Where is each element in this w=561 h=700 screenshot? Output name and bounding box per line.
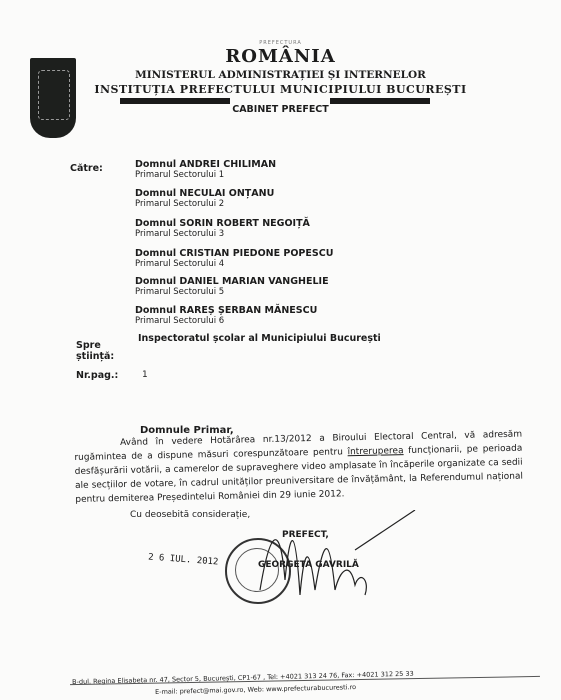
underlined-word: întreruperea — [347, 446, 403, 457]
letter-body: Având în vedere Hotărârea nr.13/2012 a B… — [74, 428, 523, 507]
recipient-item: Domnul RAREȘ ȘERBAN MĂNESCU Primarul Sec… — [135, 305, 317, 326]
pages-label: Nr.pag.: — [76, 370, 118, 381]
recipients-label: Către: — [70, 163, 103, 174]
recipient-role: Primarul Sectorului 3 — [135, 229, 310, 239]
recipient-role: Primarul Sectorului 1 — [135, 170, 276, 180]
footer-contact: E-mail: prefect@mai.gov.ro, Web: www.pre… — [155, 683, 356, 696]
recipient-item: Domnul ANDREI CHILIMAN Primarul Sectorul… — [135, 159, 276, 180]
recipient-item: Domnul SORIN ROBERT NEGOIȚĂ Primarul Sec… — [135, 218, 310, 239]
recipient-role: Primarul Sectorului 6 — [135, 316, 317, 326]
header-ministry: MINISTERUL ADMINISTRAȚIEI ȘI INTERNELOR — [0, 69, 561, 81]
footer-address: B-dul. Regina Elisabeta nr. 47, Sector 5… — [72, 670, 414, 686]
header-country: ROMÂNIA — [0, 46, 561, 67]
recipient-name: Domnul CRISTIAN PIEDONE POPESCU — [135, 248, 333, 259]
recipient-item: Domnul NECULAI ONȚANU Primarul Sectorulu… — [135, 188, 274, 209]
recipient-name: Domnul ANDREI CHILIMAN — [135, 159, 276, 170]
cc-label: Spre știință: — [76, 340, 114, 362]
pages-value: 1 — [142, 370, 148, 380]
recipient-role: Primarul Sectorului 5 — [135, 287, 329, 297]
recipient-role: Primarul Sectorului 2 — [135, 199, 274, 209]
recipient-name: Domnul SORIN ROBERT NEGOIȚĂ — [135, 218, 310, 229]
header-department: CABINET PREFECT — [0, 104, 561, 115]
recipient-name: Domnul DANIEL MARIAN VANGHELIE — [135, 276, 329, 287]
recipient-role: Primarul Sectorului 4 — [135, 259, 333, 269]
recipient-item: Domnul CRISTIAN PIEDONE POPESCU Primarul… — [135, 248, 333, 269]
date-stamp: 2 6 IUL. 2012 — [148, 553, 219, 568]
signature-icon — [240, 510, 420, 600]
recipient-name: Domnul RAREȘ ȘERBAN MĂNESCU — [135, 305, 317, 316]
recipient-name: Domnul NECULAI ONȚANU — [135, 188, 274, 199]
recipient-item: Domnul DANIEL MARIAN VANGHELIE Primarul … — [135, 276, 329, 297]
header-institution: INSTITUȚIA PREFECTULUI MUNICIPIULUI BUCU… — [0, 83, 561, 96]
letter-closing: Cu deosebită considerație, — [130, 510, 250, 520]
cc-value: Inspectoratul școlar al Municipiului Buc… — [138, 333, 381, 344]
